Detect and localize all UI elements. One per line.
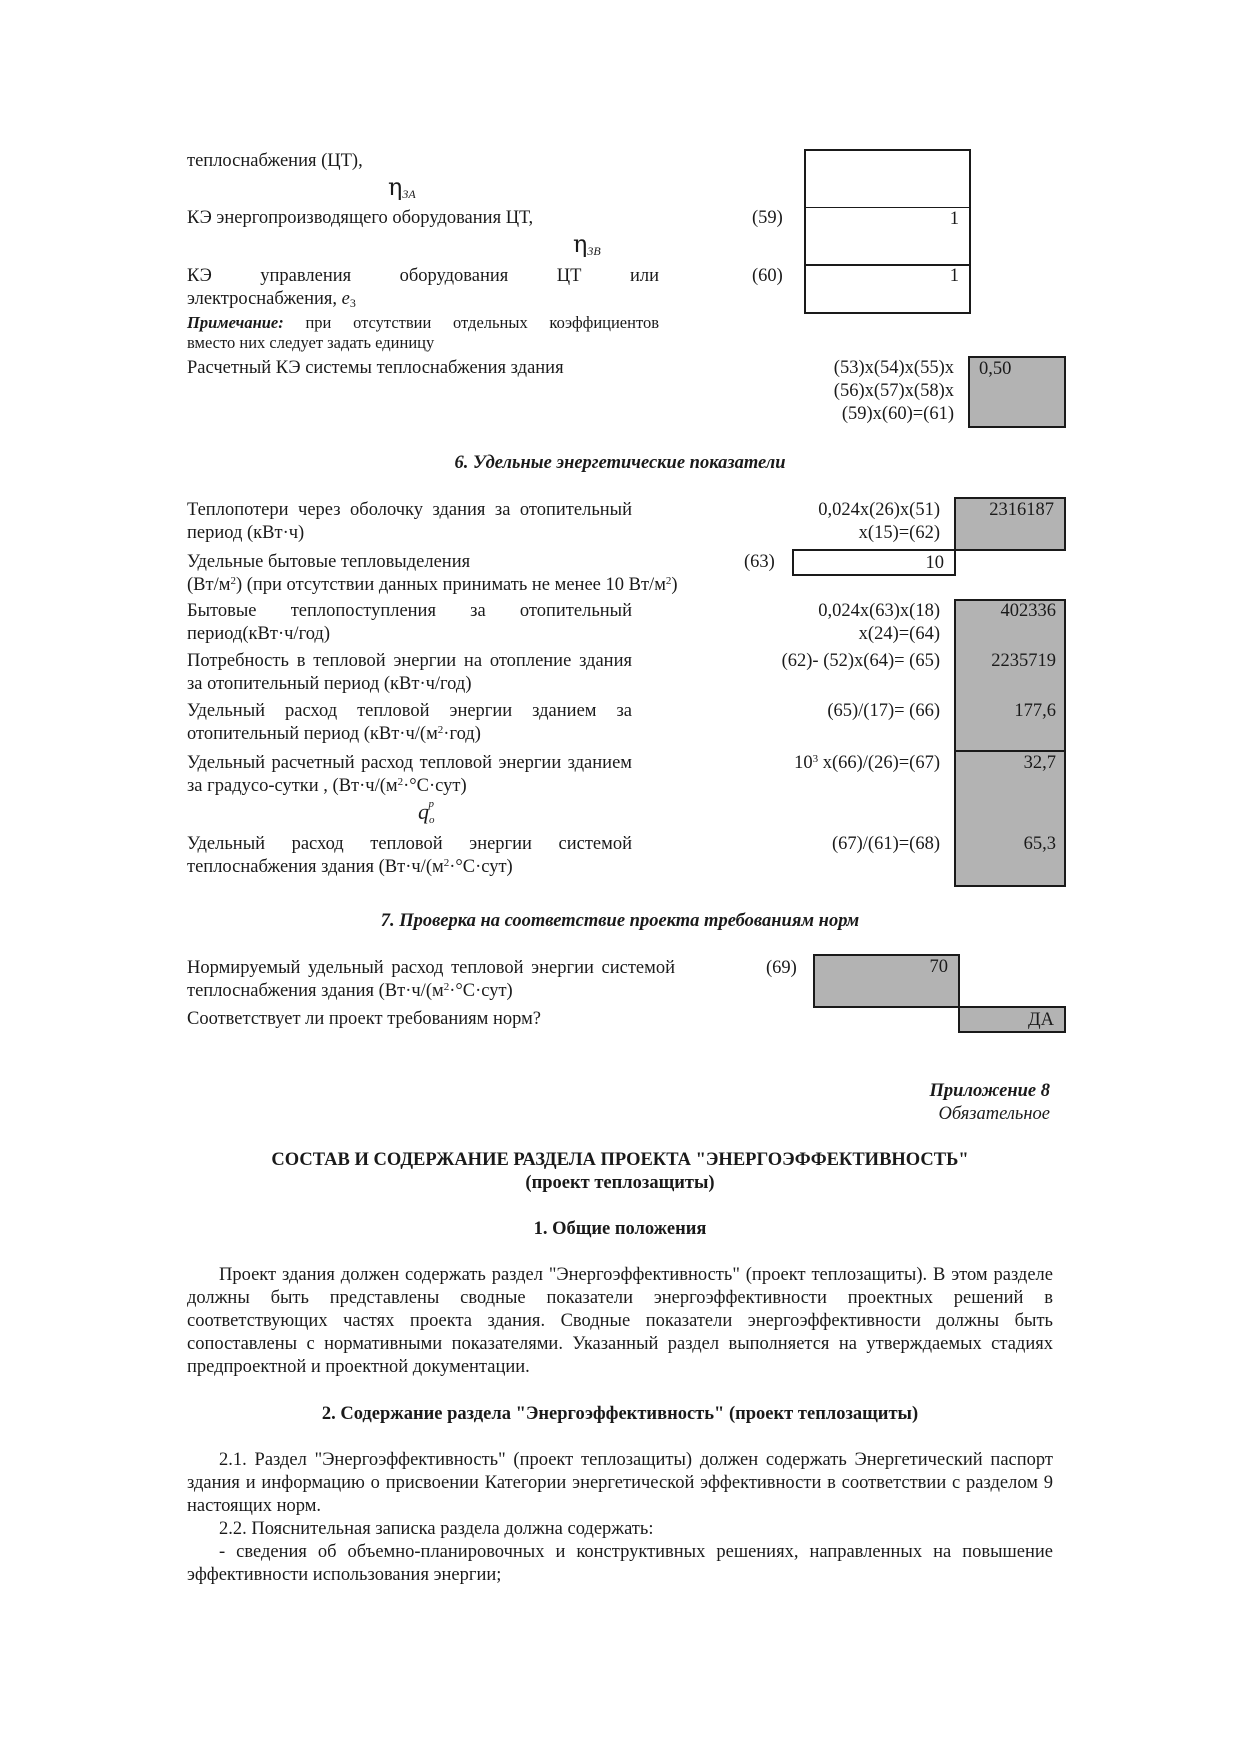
row68-formula: (67)/(61)=(68) (720, 833, 940, 856)
row60-label-line1: КЭ управления оборудования ЦТ или (187, 265, 659, 288)
value-68: 65,3 (954, 833, 1056, 856)
row64-formula: 0,024x(63)x(18) x(24)=(64) (760, 600, 940, 646)
compliance-value-box: ДА (958, 1006, 1066, 1033)
s2-paragraph-2-1: 2.1. Раздел "Энергоэффективность" (проек… (187, 1449, 1053, 1518)
eta-3a-symbol: η3A (388, 176, 416, 206)
compliance-label: Соответствует ли проект требованиям норм… (187, 1008, 541, 1031)
s1-title: 1. Общие положения (187, 1218, 1053, 1241)
value-box-58 (804, 149, 971, 208)
value-67: 32,7 (954, 752, 1056, 775)
row69-label: Нормируемый удельный расход тепловой эне… (187, 957, 675, 1003)
heating-supply-label: теплоснабжения (ЦТ), (187, 150, 363, 173)
value-box-60: 1 (804, 264, 971, 314)
value-65: 2235719 (954, 650, 1056, 673)
appendix-number: Приложение 8 (700, 1080, 1050, 1103)
row61-formula: (53)x(54)x(55)x (56)x(57)x(58)x (59)x(60… (780, 357, 954, 426)
value-box-59: 1 (804, 207, 971, 265)
row64-label: Бытовые теплопоступления за отопительный… (187, 600, 632, 646)
value-66: 177,6 (954, 700, 1056, 723)
s2-title: 2. Содержание раздела "Энергоэффективнос… (187, 1403, 1053, 1426)
s2-paragraph-2-2: 2.2. Пояснительная записка раздела должн… (187, 1518, 1053, 1541)
value-box-69: 70 (813, 954, 960, 1008)
row61-label: Расчетный КЭ системы теплоснабжения здан… (187, 357, 564, 380)
appendix-title: СОСТАВ И СОДЕРЖАНИЕ РАЗДЕЛА ПРОЕКТА "ЭНЕ… (187, 1149, 1053, 1172)
s2-bullet-1: - сведения об объемно-планировочных и ко… (187, 1541, 1053, 1587)
row59-label: КЭ энергопроизводящего оборудования ЦТ, (187, 207, 533, 230)
row63-code: (63) (744, 551, 775, 574)
value-64: 402336 (954, 600, 1056, 623)
value-box-63: 10 (792, 549, 956, 576)
appendix-status: Обязательное (700, 1103, 1050, 1126)
row66-formula: (65)/(17)= (66) (720, 700, 940, 723)
row65-formula: (62)- (52)x(64)= (65) (720, 650, 940, 673)
row62-formula: 0,024x(26)x(51) x(15)=(62) (760, 499, 940, 545)
appendix-subtitle: (проект теплозащиты) (187, 1172, 1053, 1195)
row69-code: (69) (766, 957, 797, 980)
row59-code: (59) (752, 207, 783, 230)
row63-label-line2: (Вт/м2) (при отсутствии данных принимать… (187, 574, 678, 597)
row62-label: Теплопотери через оболочку здания за ото… (187, 499, 632, 545)
q-symbol: qop (418, 800, 440, 832)
row60-code: (60) (752, 265, 783, 288)
section6-title: 6. Удельные энергетические показатели (187, 452, 1053, 475)
row68-label: Удельный расход тепловой энергии системо… (187, 833, 632, 879)
row67-formula: 103 x(66)/(26)=(67) (720, 752, 940, 775)
row60-label-line2: электроснабжения, e3 (187, 288, 356, 315)
row67-label: Удельный расчетный расход тепловой энерг… (187, 752, 632, 798)
row66-label: Удельный расход тепловой энергии зданием… (187, 700, 632, 746)
note: Примечание: при отсутствии отдельных коэ… (187, 313, 659, 353)
row65-label: Потребность в тепловой энергии на отопле… (187, 650, 632, 696)
row63-label-line1: Удельные бытовые тепловыделения (187, 551, 470, 574)
eta-3b-symbol: η3B (573, 233, 601, 263)
value-box-61: 0,50 (968, 356, 1066, 428)
value-box-62: 2316187 (954, 497, 1066, 551)
s1-paragraph: Проект здания должен содержать раздел "Э… (187, 1264, 1053, 1379)
section7-title: 7. Проверка на соответствие проекта треб… (187, 910, 1053, 933)
